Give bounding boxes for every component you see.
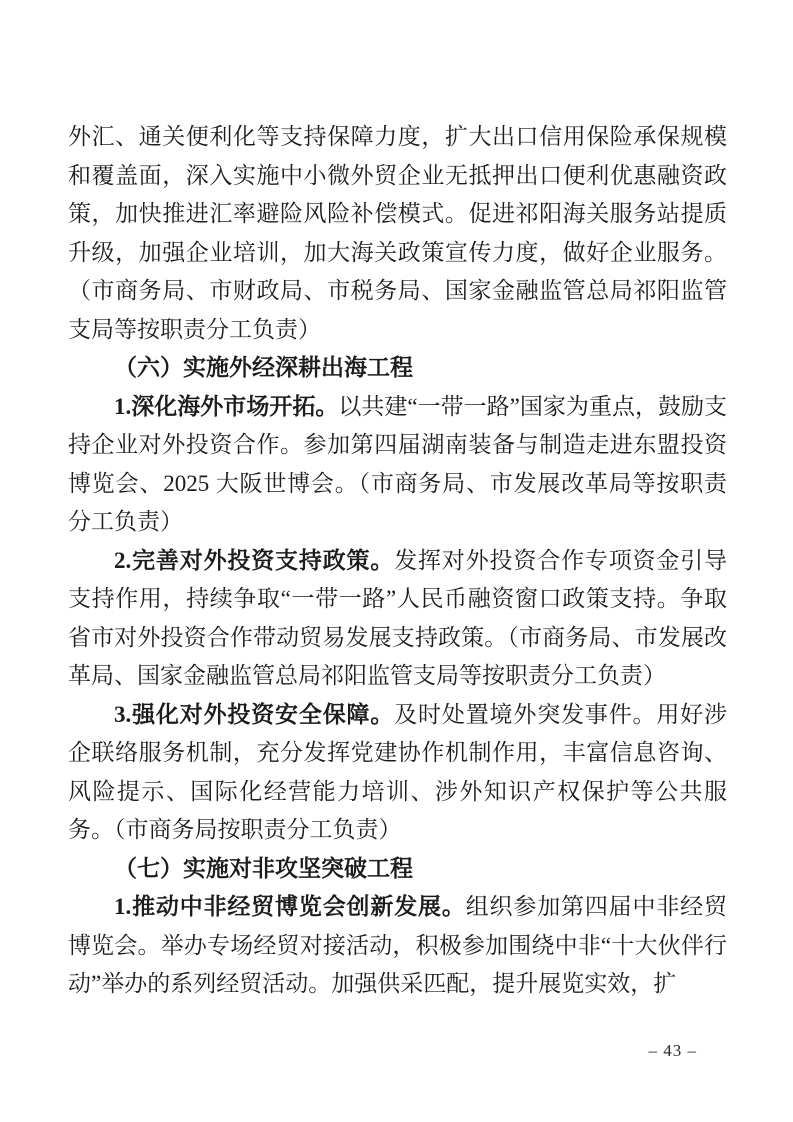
document-body: 外汇、通关便利化等支持保障力度，扩大出口信用保险承保规模和覆盖面，深入实施中小微…: [68, 118, 727, 1004]
section-heading: （七）实施对非攻坚突破工程: [68, 850, 727, 889]
body-paragraph: 1.推动中非经贸博览会创新发展。组织参加第四届中非经贸博览会。举办专场经贸对接活…: [68, 888, 727, 1004]
bold-lead-run: 3.强化对外投资安全保障。: [114, 702, 394, 727]
body-paragraph: 2.完善对外投资支持政策。发挥对外投资合作专项资金引导支持作用，持续争取“一带一…: [68, 542, 727, 696]
body-paragraph: 3.强化对外投资安全保障。及时处置境外突发事件。用好涉企联络服务机制，充分发挥党…: [68, 696, 727, 850]
page-number: – 43 –: [649, 1040, 698, 1062]
bold-lead-run: （六）实施外经深耕出海工程: [114, 355, 413, 380]
section-heading: （六）实施外经深耕出海工程: [68, 349, 727, 388]
bold-lead-run: 2.完善对外投资支持政策。: [114, 548, 394, 573]
document-page: 外汇、通关便利化等支持保障力度，扩大出口信用保险承保规模和覆盖面，深入实施中小微…: [0, 0, 793, 1122]
bold-lead-run: （七）实施对非攻坚突破工程: [114, 856, 413, 881]
bold-lead-run: 1.推动中非经贸博览会创新发展。: [114, 894, 466, 919]
body-paragraph: 外汇、通关便利化等支持保障力度，扩大出口信用保险承保规模和覆盖面，深入实施中小微…: [68, 118, 727, 349]
text-run: 外汇、通关便利化等支持保障力度，扩大出口信用保险承保规模和覆盖面，深入实施中小微…: [68, 124, 727, 342]
bold-lead-run: 1.深化海外市场开拓。: [114, 394, 338, 419]
body-paragraph: 1.深化海外市场开拓。以共建“一带一路”国家为重点，鼓励支持企业对外投资合作。参…: [68, 388, 727, 542]
